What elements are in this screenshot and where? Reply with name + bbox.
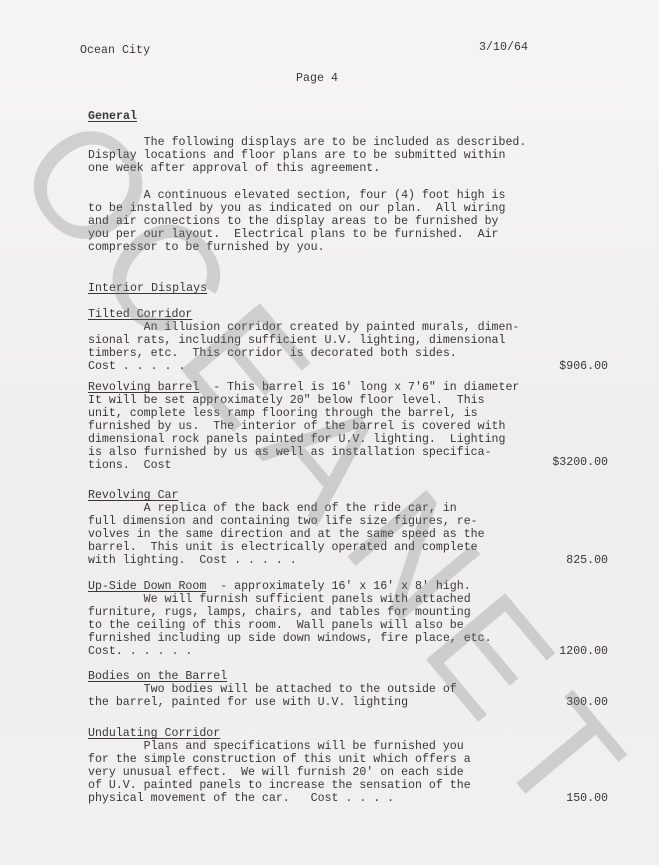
display-item: Bodies on the Barrel Two bodies will be … xyxy=(88,670,608,709)
text-line-content: physical movement of the car. Cost . . .… xyxy=(88,792,394,805)
display-item: Revolving barrel - This barrel is 16' lo… xyxy=(88,381,608,472)
display-item-title: Revolving Car xyxy=(88,489,178,502)
text-line-content: dimensional rock panels painted for U.V.… xyxy=(88,433,505,446)
display-item-cost: 825.00 xyxy=(566,554,608,567)
text-line: tions. Cost$3200.00 xyxy=(88,459,608,472)
general-paragraph-2: A continuous elevated section, four (4) … xyxy=(88,189,608,254)
display-item: Undulating Corridor Plans and specificat… xyxy=(88,727,608,805)
text-line-content: It will be set approximately 20" below f… xyxy=(88,394,485,407)
text-line-content: to the ceiling of this room. Wall panels… xyxy=(88,619,464,632)
display-item-title: Undulating Corridor xyxy=(88,727,220,740)
text-line: very unusual effect. We will furnish 20'… xyxy=(88,766,608,779)
text-line-content: tions. Cost xyxy=(88,459,172,472)
text-line-content: A replica of the back end of the ride ca… xyxy=(88,502,457,515)
text-line-content: An illusion corridor created by painted … xyxy=(88,321,519,334)
display-item-cost: 300.00 xyxy=(566,696,608,709)
display-item-cost: 1200.00 xyxy=(559,645,608,658)
text-line: dimensional rock panels painted for U.V.… xyxy=(88,433,608,446)
display-item-title-row: Bodies on the Barrel xyxy=(88,670,608,683)
header-location: Ocean City xyxy=(80,44,150,57)
text-line-content: sional rats, including sufficient U.V. l… xyxy=(88,334,505,347)
text-line-content: volves in the same direction and at the … xyxy=(88,528,485,541)
text-line: the barrel, painted for use with U.V. li… xyxy=(88,696,608,709)
text-line: Two bodies will be attached to the outsi… xyxy=(88,683,608,696)
text-line: sional rats, including sufficient U.V. l… xyxy=(88,334,608,347)
text-line-content: very unusual effect. We will furnish 20'… xyxy=(88,766,464,779)
text-line-content: of U.V. painted panels to increase the s… xyxy=(88,779,471,792)
display-item-cost: $3200.00 xyxy=(552,456,608,469)
display-item-title: Up-Side Down Room xyxy=(88,580,206,593)
text-line: Cost . . . . .$906.00 xyxy=(88,360,608,373)
display-item-title: Tilted Corridor xyxy=(88,308,192,321)
page-number: Page 4 xyxy=(296,72,338,85)
display-item-title-row: Up-Side Down Room - approximately 16' x … xyxy=(88,580,608,593)
display-item-title-suffix: - approximately 16' x 16' x 8' high. xyxy=(206,580,470,593)
display-item: Tilted Corridor An illusion corridor cre… xyxy=(88,308,608,373)
text-line-content: Plans and specifications will be furnish… xyxy=(88,740,464,753)
text-line: physical movement of the car. Cost . . .… xyxy=(88,792,608,805)
text-line: is also furnished by us as well as insta… xyxy=(88,446,608,459)
text-line-content: is also furnished by us as well as insta… xyxy=(88,446,492,459)
text-line-content: furnished including up side down windows… xyxy=(88,632,492,645)
display-item: Revolving Car A replica of the back end … xyxy=(88,489,608,567)
text-line-content: Two bodies will be attached to the outsi… xyxy=(88,683,457,696)
text-line: and air connections to the display areas… xyxy=(88,215,608,228)
text-line-content: furniture, rugs, lamps, chairs, and tabl… xyxy=(88,606,471,619)
display-item-title-row: Undulating Corridor xyxy=(88,727,608,740)
text-line: furniture, rugs, lamps, chairs, and tabl… xyxy=(88,606,608,619)
text-line-content: the barrel, painted for use with U.V. li… xyxy=(88,696,408,709)
display-item-title-suffix: - This barrel is 16' long x 7'6" in diam… xyxy=(199,381,519,394)
text-line-content: with lighting. Cost . . . . . xyxy=(88,554,297,567)
display-item-cost: 150.00 xyxy=(566,792,608,805)
text-line: We will furnish sufficient panels with a… xyxy=(88,593,608,606)
display-item: Up-Side Down Room - approximately 16' x … xyxy=(88,580,608,658)
section-heading-interior-displays: Interior Displays xyxy=(88,282,207,295)
text-line-content: Cost . . . . . xyxy=(88,360,185,373)
display-item-cost: $906.00 xyxy=(559,360,608,373)
text-line: volves in the same direction and at the … xyxy=(88,528,608,541)
text-line: It will be set approximately 20" below f… xyxy=(88,394,608,407)
general-paragraph-1: The following displays are to be include… xyxy=(88,136,608,175)
section-heading-general: General xyxy=(88,110,137,123)
text-line: compressor to be furnished by you. xyxy=(88,241,608,254)
document-page: Ocean City 3/10/64 Page 4 General The fo… xyxy=(0,0,659,865)
text-line: unit, complete less ramp flooring throug… xyxy=(88,407,608,420)
text-line: with lighting. Cost . . . . .825.00 xyxy=(88,554,608,567)
text-line: Plans and specifications will be furnish… xyxy=(88,740,608,753)
text-line: you per our layout. Electrical plans to … xyxy=(88,228,608,241)
text-line-content: for the simple construction of this unit… xyxy=(88,753,471,766)
display-item-title: Revolving barrel xyxy=(88,381,199,394)
text-line: one week after approval of this agreemen… xyxy=(88,162,608,175)
text-line-content: unit, complete less ramp flooring throug… xyxy=(88,407,478,420)
text-line-content: Cost. . . . . . xyxy=(88,645,192,658)
display-item-title-row: Revolving barrel - This barrel is 16' lo… xyxy=(88,381,608,394)
text-line: Cost. . . . . .1200.00 xyxy=(88,645,608,658)
text-line: A replica of the back end of the ride ca… xyxy=(88,502,608,515)
header-date: 3/10/64 xyxy=(479,41,528,54)
text-line: to the ceiling of this room. Wall panels… xyxy=(88,619,608,632)
text-line-content: full dimension and containing two life s… xyxy=(88,515,478,528)
text-line: A continuous elevated section, four (4) … xyxy=(88,189,608,202)
display-item-title: Bodies on the Barrel xyxy=(88,670,227,683)
display-item-title-row: Tilted Corridor xyxy=(88,308,608,321)
text-line: full dimension and containing two life s… xyxy=(88,515,608,528)
text-line: of U.V. painted panels to increase the s… xyxy=(88,779,608,792)
text-line-content: barrel. This unit is electrically operat… xyxy=(88,541,478,554)
text-line: furnished including up side down windows… xyxy=(88,632,608,645)
text-line: barrel. This unit is electrically operat… xyxy=(88,541,608,554)
display-item-title-row: Revolving Car xyxy=(88,489,608,502)
text-line-content: furnished by us. The interior of the bar… xyxy=(88,420,505,433)
text-line: furnished by us. The interior of the bar… xyxy=(88,420,608,433)
text-line: for the simple construction of this unit… xyxy=(88,753,608,766)
text-line: to be installed by you as indicated on o… xyxy=(88,202,608,215)
text-line: timbers, etc. This corridor is decorated… xyxy=(88,347,608,360)
text-line-content: We will furnish sufficient panels with a… xyxy=(88,593,471,606)
text-line: An illusion corridor created by painted … xyxy=(88,321,608,334)
text-line: Display locations and floor plans are to… xyxy=(88,149,608,162)
text-line: The following displays are to be include… xyxy=(88,136,608,149)
text-line-content: timbers, etc. This corridor is decorated… xyxy=(88,347,457,360)
